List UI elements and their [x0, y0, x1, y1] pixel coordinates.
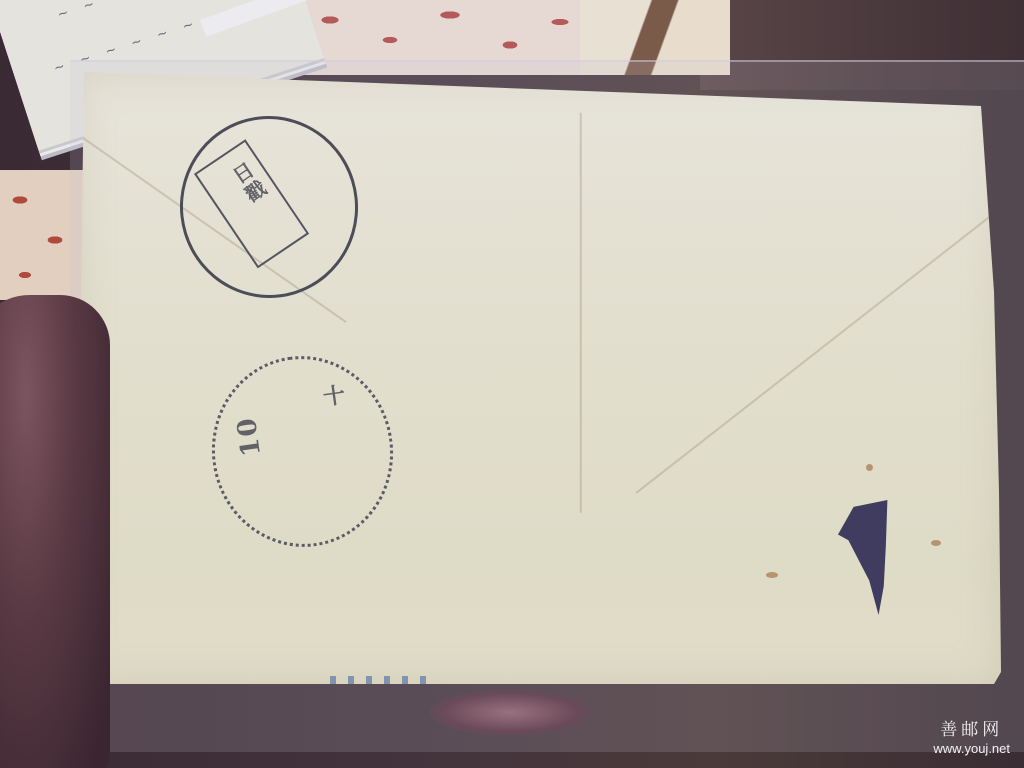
watermark-url: www.youj.net — [933, 741, 1010, 756]
stain — [766, 572, 778, 578]
center-crease — [580, 113, 582, 513]
postmark-numeral: 10 — [232, 414, 267, 458]
watermark-site-name: 善邮网 — [933, 715, 1010, 740]
photo-scene: ~ ~ ~ ~ ~ ~ ~ ~ ~ ~ ~ 日戳 十 10 善邮网 www.yo… — [0, 0, 1024, 768]
flap-fold-line — [636, 197, 1015, 494]
stain — [866, 464, 873, 471]
thumb — [0, 295, 110, 768]
watermark: 善邮网 www.youj.net — [933, 715, 1010, 756]
handwriting: ~ ~ ~ ~ ~ — [56, 0, 180, 23]
stain — [931, 540, 941, 546]
postmark-text: 十 — [316, 382, 350, 410]
fingertip — [430, 690, 590, 735]
blue-ink-flecks — [330, 676, 430, 684]
